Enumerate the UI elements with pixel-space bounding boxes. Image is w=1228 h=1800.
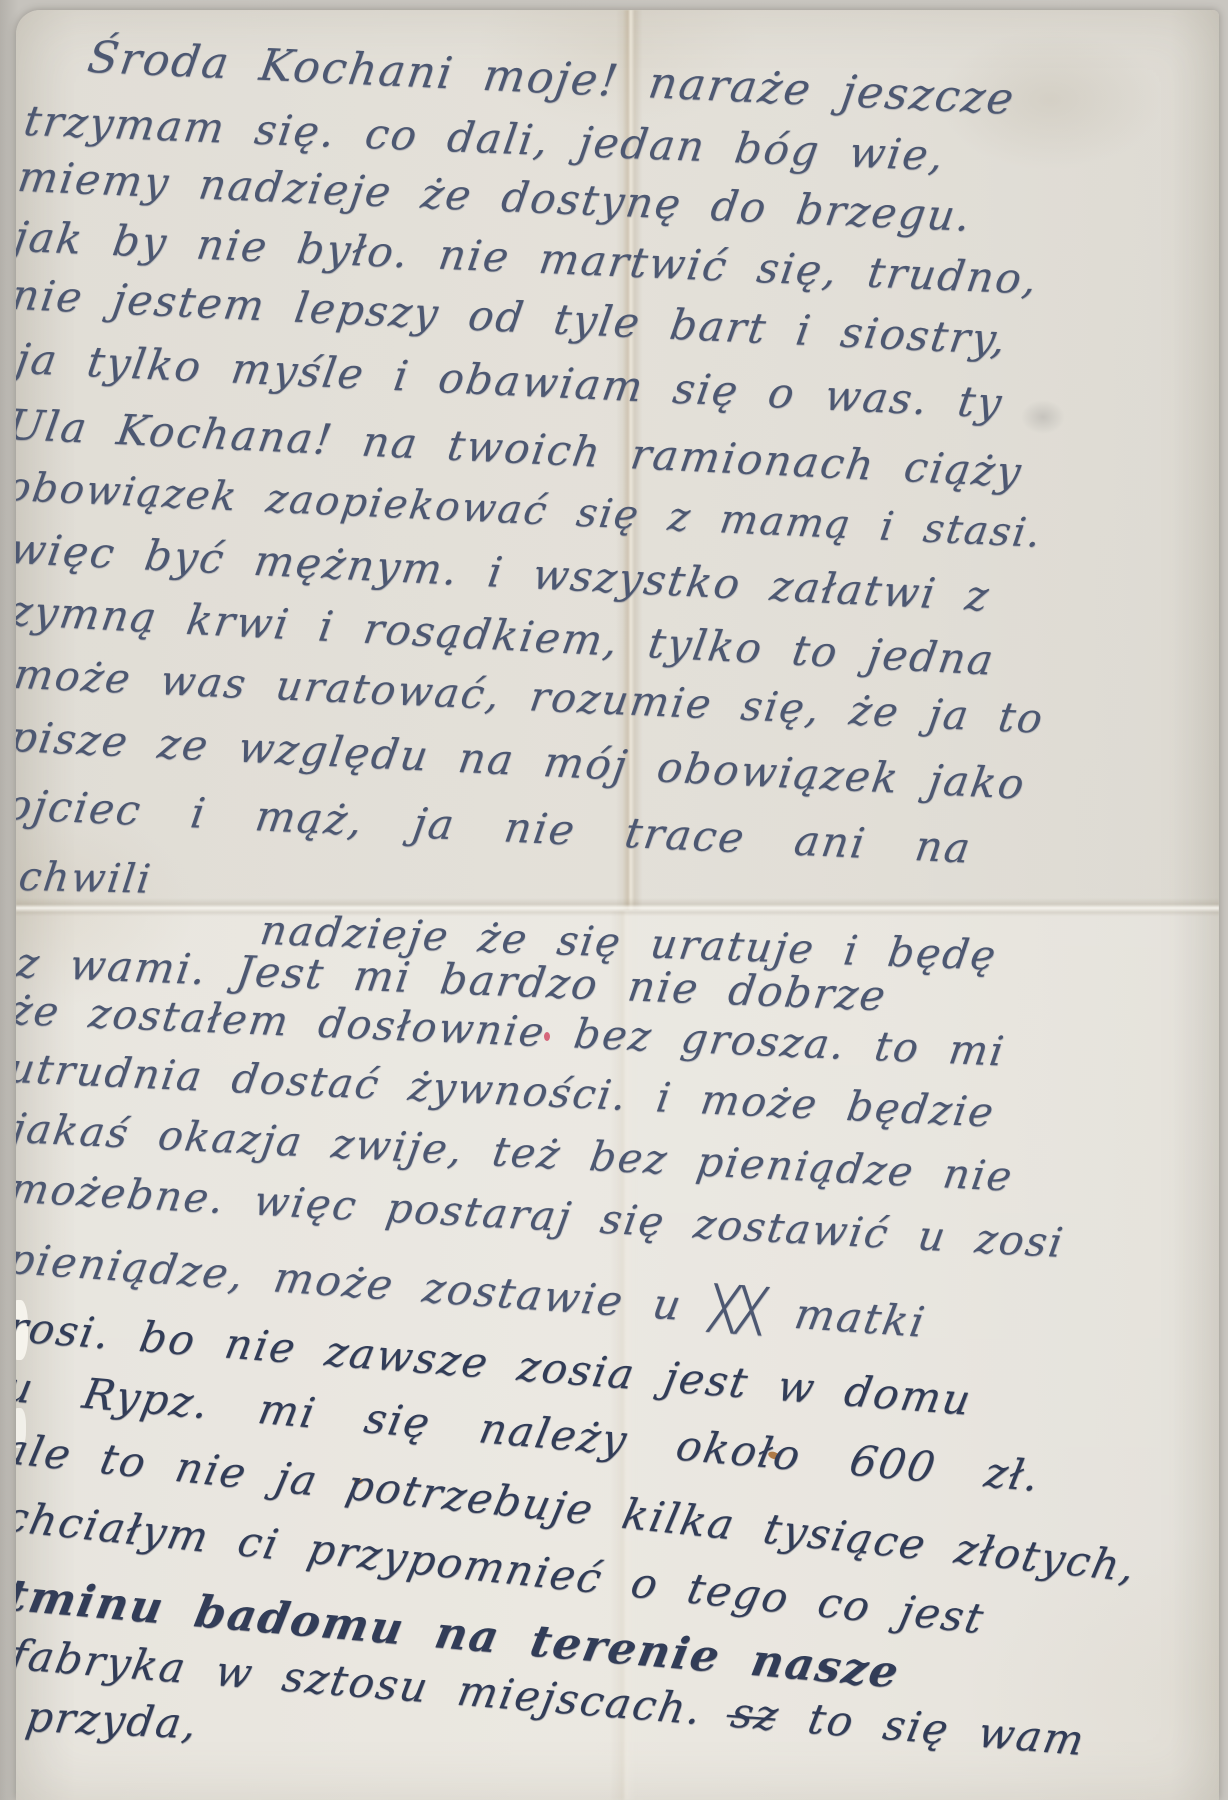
letter-page: Środa Kochani moje! naraże jeszczetrzyma… (16, 10, 1219, 1800)
letter-body: Środa Kochani moje! naraże jeszczetrzyma… (16, 10, 1219, 1800)
handwritten-line: przyda, (23, 1692, 202, 1748)
handwritten-line: chwili (16, 854, 155, 903)
scanned-letter: Środa Kochani moje! naraże jeszczetrzyma… (0, 0, 1228, 1800)
